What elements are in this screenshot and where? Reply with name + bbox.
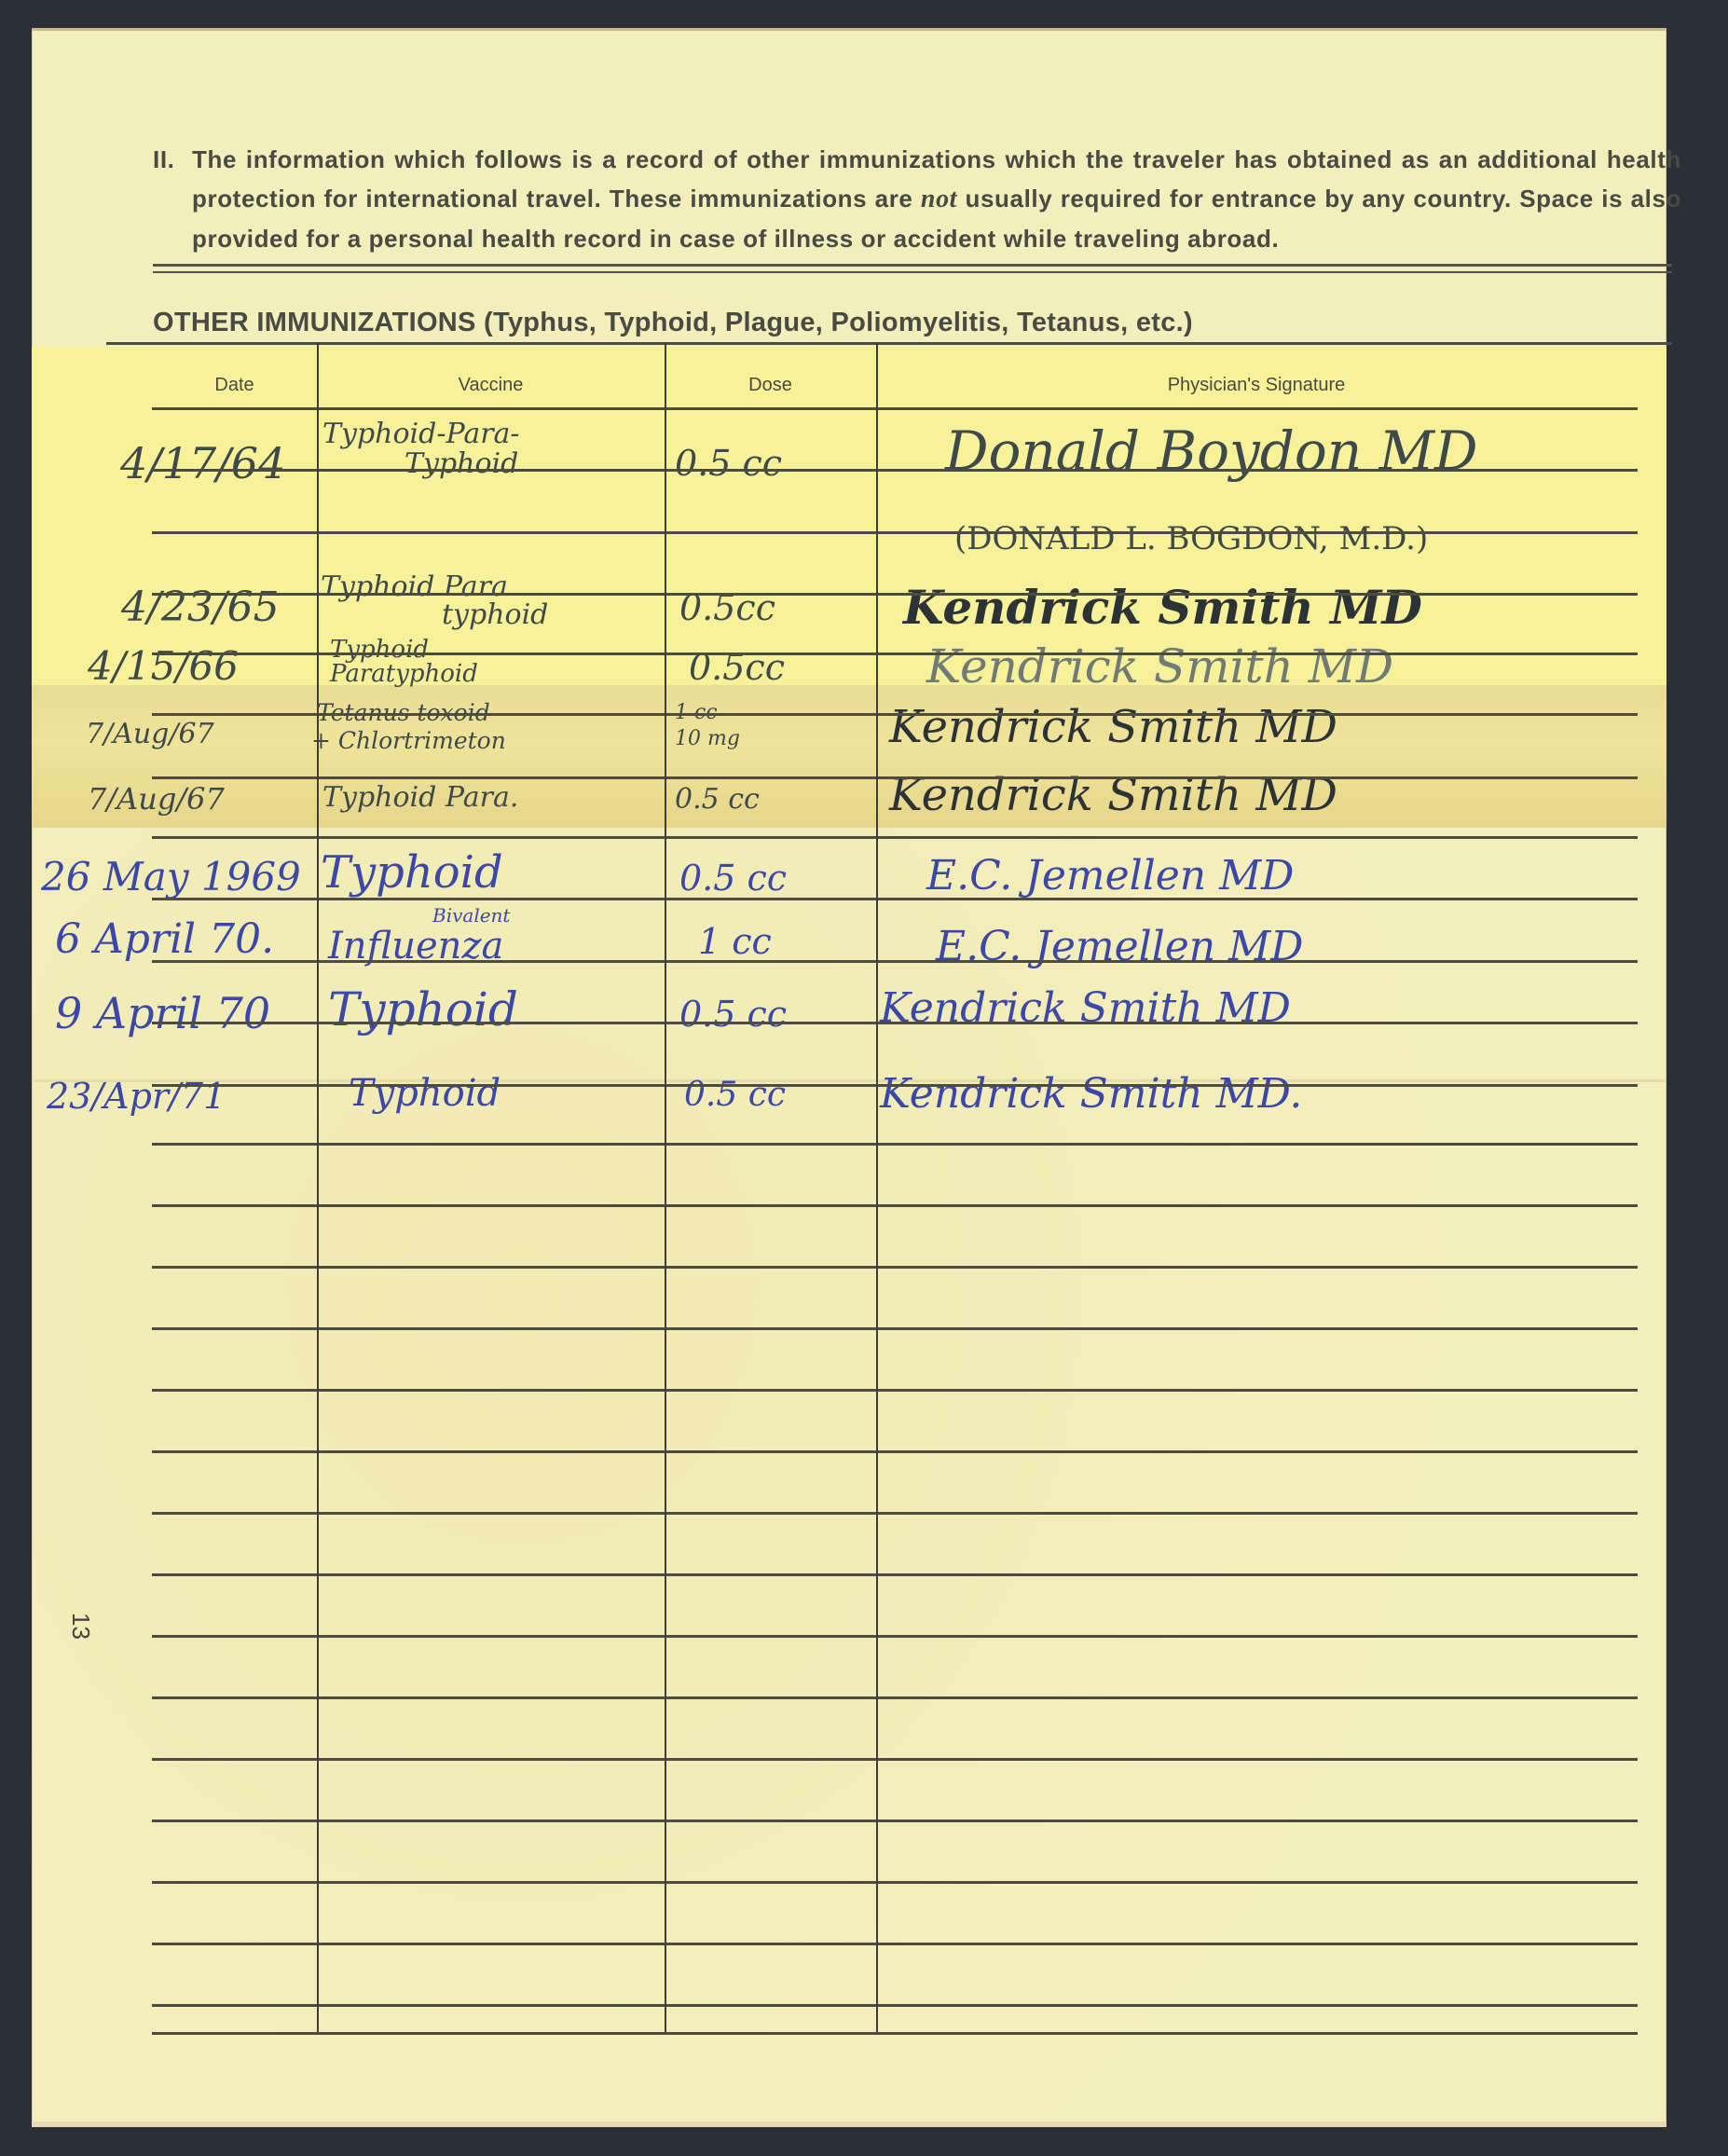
row-line [152, 1327, 1638, 1330]
row-9-signature: Kendrick Smith MD. [880, 1070, 1302, 1118]
row-4-dose-line2: 10 mg [675, 727, 740, 750]
row-7-vaccine-note: Bivalent [432, 904, 510, 927]
intro-paragraph: II. The information which follows is a r… [153, 140, 1681, 258]
row-line [152, 1204, 1638, 1207]
row-line [152, 1512, 1638, 1515]
section-title: OTHER IMMUNIZATIONS (Typhus, Typhoid, Pl… [153, 308, 1193, 338]
row-7-dose: 1 cc [698, 921, 772, 962]
row-5-vaccine: Typhoid Para. [322, 781, 518, 814]
booklet-page: II. The information which follows is a r… [32, 28, 1666, 2127]
row-8-vaccine: Typhoid [328, 982, 518, 1037]
row-9-date: 23/Apr/71 [47, 1076, 226, 1117]
row-line [152, 1635, 1638, 1638]
row-line [152, 898, 1638, 900]
column-header-signature: Physician's Signature [876, 375, 1637, 396]
row-line [152, 1389, 1638, 1392]
row-7-signature: E.C. Jemellen MD [936, 923, 1303, 970]
row-line [152, 652, 1638, 655]
row-5-dose: 0.5 cc [675, 783, 760, 816]
row-line [152, 1143, 1638, 1146]
row-1-date: 4/17/64 [120, 438, 285, 488]
intro-emphasis: not [921, 185, 957, 213]
row-line [152, 2004, 1638, 2007]
column-header-date: Date [152, 375, 317, 396]
row-2-vaccine-line2: typhoid [442, 598, 548, 631]
page-fold-seam [32, 1079, 1666, 1082]
row-1-vaccine-line2: Typhoid [405, 447, 518, 480]
row-line [152, 1450, 1638, 1453]
row-line [152, 836, 1638, 839]
row-line [152, 1943, 1638, 1945]
row-line [152, 1820, 1638, 1822]
row-9-dose: 0.5 cc [684, 1076, 786, 1114]
row-6-signature: E.C. Jemellen MD [926, 852, 1294, 899]
row-5-date: 7/Aug/67 [88, 781, 225, 817]
row-line [152, 593, 1638, 596]
table-top-line [106, 342, 1672, 345]
page-number: 13 [66, 1613, 95, 1640]
page-bottom-edge [32, 2122, 1666, 2127]
row-6-dose: 0.5 cc [679, 858, 787, 899]
row-3-vaccine-line2: Paratyphoid [330, 660, 478, 688]
row-line [152, 960, 1638, 963]
row-1-dose: 0.5 cc [675, 443, 782, 484]
section-number: II. [153, 140, 174, 179]
row-8-dose: 0.5 cc [679, 994, 787, 1035]
row-4-vaccine-line2: + Chlortrimeton [311, 727, 506, 754]
column-divider [317, 342, 319, 2032]
row-line [152, 407, 1638, 410]
double-rule-bottom [153, 271, 1672, 273]
row-6-vaccine: Typhoid [321, 846, 503, 899]
row-7-date: 6 April 70. [55, 915, 274, 963]
column-divider [665, 342, 666, 2032]
row-line [152, 1022, 1638, 1024]
row-line [152, 1881, 1638, 1884]
column-divider [876, 342, 878, 2032]
page-top-edge [32, 28, 1666, 31]
row-line [152, 1696, 1638, 1699]
row-3-signature: Kendrick Smith MD [926, 639, 1393, 693]
row-2-date: 4/23/65 [121, 584, 280, 631]
row-8-date: 9 April 70 [55, 988, 270, 1038]
row-line [152, 1758, 1638, 1761]
row-4-date: 7/Aug/67 [86, 718, 214, 750]
row-2-signature: Kendrick Smith MD [903, 580, 1422, 635]
row-1-signature: Donald Boydon MD [945, 419, 1478, 483]
column-header-dose: Dose [665, 375, 876, 396]
row-line [152, 776, 1638, 779]
row-line [152, 2032, 1638, 2035]
row-line [152, 1084, 1638, 1087]
row-line [152, 1573, 1638, 1576]
row-8-signature: Kendrick Smith MD [880, 984, 1291, 1032]
row-line [152, 531, 1638, 534]
row-3-date: 4/15/66 [88, 643, 239, 689]
row-1-vaccine: Typhoid-Para- [322, 418, 520, 450]
double-rule-top [153, 264, 1672, 267]
row-4-signature: Kendrick Smith MD [889, 701, 1337, 753]
row-6-date: 26 May 1969 [41, 854, 301, 899]
column-header-vaccine: Vaccine [317, 375, 665, 396]
row-9-vaccine: Typhoid [349, 1072, 501, 1115]
row-line [152, 469, 1638, 472]
row-line [152, 1266, 1638, 1269]
row-line [152, 713, 1638, 716]
row-1-signature-printed: (DONALD L. BOGDON, M.D.) [954, 520, 1428, 557]
stained-band [32, 685, 1666, 828]
